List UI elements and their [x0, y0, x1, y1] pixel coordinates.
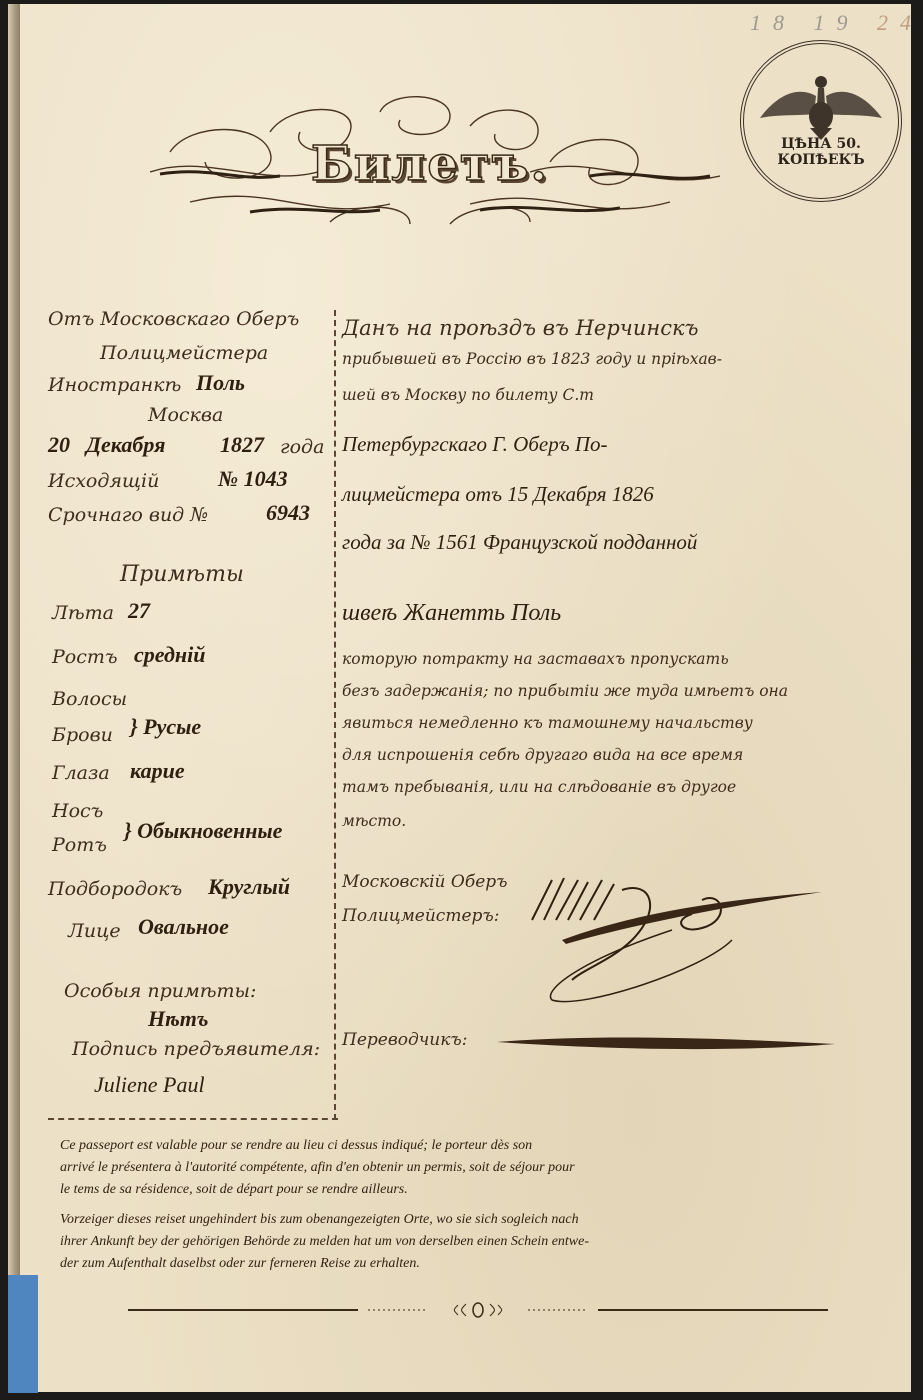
binding-spine: [8, 4, 20, 1392]
bearer-signature: Juliene Paul: [94, 1072, 205, 1098]
official-line2: Полицмейстеръ:: [342, 906, 499, 926]
archive-number: 18: [750, 10, 796, 35]
body-line: явиться немедленно къ тамошнему начальст…: [342, 714, 753, 732]
footer-german-line: ihrer Ankunft bey der gehörigen Behörde …: [60, 1234, 860, 1256]
body-line: которую потракту на заставахъ пропускать: [342, 650, 729, 668]
feature-value-face: Овальное: [138, 914, 229, 940]
body-line: мѣсто.: [342, 812, 406, 830]
translator-signature-stroke-icon: [497, 1028, 837, 1058]
footer-french-line: arrivé le présentera à l'autorité compét…: [60, 1160, 860, 1182]
issuer-ref-line2: лицмейстера отъ 15 Декабря 1826: [342, 482, 654, 507]
footer-german: Vorzeiger dieses reiset ungehindert bis …: [60, 1212, 860, 1278]
destination-line: Данъ на проѣздъ въ Нерчинскъ: [342, 316, 699, 340]
column-divider: [334, 310, 336, 1120]
date-day: 20: [48, 432, 70, 458]
feature-value-nose-mouth: } Обыкновенные: [124, 818, 282, 844]
archive-numbers: 18 19 24: [750, 10, 923, 36]
feature-label-nose: Носъ: [52, 800, 103, 822]
date-month: Декабря: [86, 432, 165, 458]
term-number: 6943: [266, 500, 310, 526]
official-line1: Московскій Оберъ: [342, 872, 508, 892]
arrival-line: прибывшей въ Россію въ 1823 году и пріѣх…: [342, 350, 722, 368]
stamp-price-line2: КОПѢЕКЪ: [777, 152, 864, 168]
double-headed-eagle-icon: [758, 74, 884, 144]
archive-number: 24: [877, 10, 923, 35]
prior-ticket-line: шей въ Москву по билету С.т: [342, 386, 594, 404]
foreigner-name: Поль: [196, 370, 245, 396]
body-line: тамъ пребыванія, или на слѣдованіе въ др…: [342, 778, 736, 796]
feature-label-brows: Брови: [52, 724, 113, 746]
date-suffix: года: [280, 436, 324, 458]
translator-label: Переводчикъ:: [342, 1030, 467, 1050]
issuer-line2: Полицмейстера: [100, 342, 268, 364]
police-chief-signature-icon: [522, 870, 842, 1020]
feature-label-eyes: Глаза: [52, 762, 110, 784]
feature-value-age: 27: [128, 598, 150, 624]
archive-tab: [8, 1275, 38, 1393]
footer-german-line: der zum Aufenthalt daselbst oder zur fer…: [60, 1256, 860, 1278]
special-marks-value: Нѣтъ: [148, 1006, 209, 1032]
feature-label-height: Ростъ: [52, 646, 118, 668]
feature-label-hair: Волосы: [52, 688, 127, 710]
body-line: для испрошенія себѣ другаго вида на все …: [342, 746, 743, 764]
price-stamp: ЦѢНА 50. КОПѢЕКЪ: [740, 40, 902, 202]
features-heading: Примѣты: [120, 562, 244, 587]
feature-value-height: средній: [134, 642, 205, 668]
bearer-signature-label: Подпись предъявителя:: [72, 1038, 320, 1060]
feature-value-hair-brows: } Русые: [130, 714, 201, 740]
ref-number-line: года за № 1561 Французской подданной: [342, 530, 697, 555]
issuer-line1: Отъ Московскаго Оберъ: [48, 308, 299, 330]
body-line: безъ задержанія; по прибытіи же туда имѣ…: [342, 682, 788, 700]
issuer-ref-line1: Петербургскаго Г. Оберъ По-: [342, 432, 608, 457]
outgoing-number: № 1043: [218, 466, 288, 492]
feature-value-chin: Круглый: [208, 874, 290, 900]
feature-label-mouth: Ротъ: [52, 834, 107, 856]
date-year: 1827: [220, 432, 264, 458]
feature-label-chin: Подбородокъ: [48, 878, 182, 900]
outgoing-label: Исходящій: [48, 470, 159, 492]
footer-french: Ce passeport est valable pour se rendre …: [60, 1138, 860, 1204]
footer-german-line: Vorzeiger dieses reiset ungehindert bis …: [60, 1212, 860, 1234]
feature-value-eyes: карие: [130, 758, 185, 784]
bearer-name-line: швеѣ Жанетть Поль: [342, 600, 561, 627]
title-flourish: Билетъ.: [150, 92, 720, 242]
footer-french-line: Ce passeport est valable pour se rendre …: [60, 1138, 860, 1160]
ornamental-rule-icon: [128, 1302, 828, 1318]
special-marks-label: Особыя примѣты:: [64, 980, 256, 1002]
footer-french-line: le tems de sa résidence, soit de départ …: [60, 1182, 860, 1204]
foreigner-label: Иностранкѣ: [48, 374, 181, 396]
term-label: Срочнаго вид №: [48, 504, 208, 526]
city: Москва: [148, 404, 223, 426]
left-bottom-divider: [48, 1118, 338, 1120]
document-title: Билетъ.: [280, 136, 580, 192]
feature-label-age: Лѣта: [52, 602, 114, 624]
archive-number: 19: [814, 10, 860, 35]
feature-label-face: Лице: [68, 920, 121, 942]
